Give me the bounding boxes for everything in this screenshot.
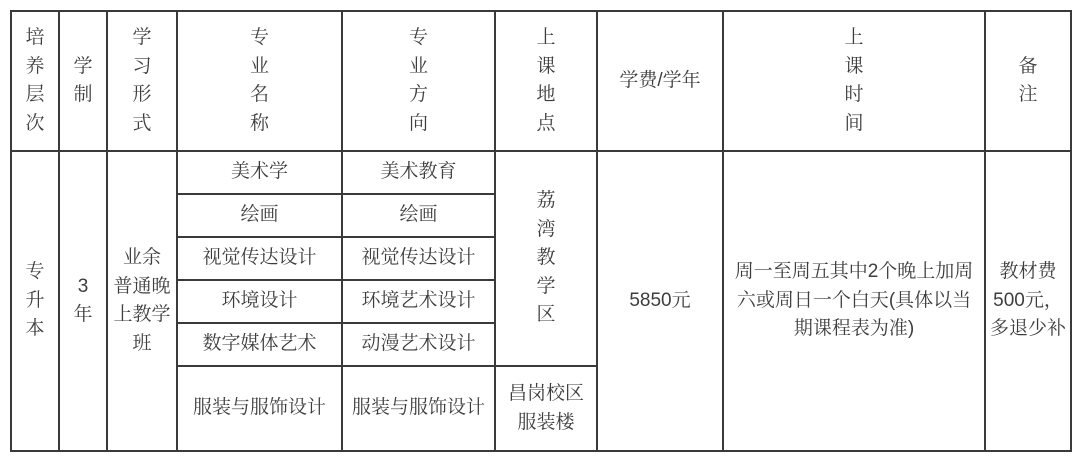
cell-class-location-main: 荔 湾 教 学 区 — [495, 151, 597, 366]
cell-major-name: 数字媒体艺术 — [177, 323, 342, 366]
cell-study-form: 业余 普通晚 上教学 班 — [107, 151, 177, 451]
cell-training-level: 专 升 本 — [11, 151, 59, 451]
cell-major-name: 视觉传达设计 — [177, 237, 342, 280]
header-class-time: 上 课 时 间 — [723, 11, 985, 151]
cell-major-direction: 视觉传达设计 — [342, 237, 495, 280]
page: 培 养 层 次 学 制 学 习 形 式 专 业 名 称 专 业 方 向 上 课 … — [0, 0, 1080, 462]
cell-major-direction: 绘画 — [342, 194, 495, 237]
cell-major-direction: 服装与服饰设计 — [342, 366, 495, 451]
cell-duration: 3 年 — [59, 151, 107, 451]
cell-major-name: 服装与服饰设计 — [177, 366, 342, 451]
header-class-location: 上 课 地 点 — [495, 11, 597, 151]
admissions-table: 培 养 层 次 学 制 学 习 形 式 专 业 名 称 专 业 方 向 上 课 … — [10, 10, 1072, 452]
header-remarks: 备 注 — [985, 11, 1071, 151]
cell-major-direction: 动漫艺术设计 — [342, 323, 495, 366]
header-study-form: 学 习 形 式 — [107, 11, 177, 151]
table-header-row: 培 养 层 次 学 制 学 习 形 式 专 业 名 称 专 业 方 向 上 课 … — [11, 11, 1071, 151]
cell-major-direction: 环境艺术设计 — [342, 280, 495, 323]
cell-remarks: 教材费 500元， 多退少补 — [985, 151, 1071, 451]
header-major-direction: 专 业 方 向 — [342, 11, 495, 151]
header-duration: 学 制 — [59, 11, 107, 151]
cell-major-name: 环境设计 — [177, 280, 342, 323]
cell-major-direction: 美术教育 — [342, 151, 495, 194]
cell-class-location-fashion: 昌岗校区 服装楼 — [495, 366, 597, 451]
cell-tuition: 5850元 — [597, 151, 723, 451]
header-training-level: 培 养 层 次 — [11, 11, 59, 151]
cell-class-time: 周一至周五其中2个晚上加周 六或周日一个白天(具体以当 期课程表为准) — [723, 151, 985, 451]
cell-major-name: 美术学 — [177, 151, 342, 194]
table-row: 专 升 本 3 年 业余 普通晚 上教学 班 美术学 美术教育 荔 湾 教 学 … — [11, 151, 1071, 194]
header-tuition: 学费/学年 — [597, 11, 723, 151]
header-major-name: 专 业 名 称 — [177, 11, 342, 151]
cell-major-name: 绘画 — [177, 194, 342, 237]
